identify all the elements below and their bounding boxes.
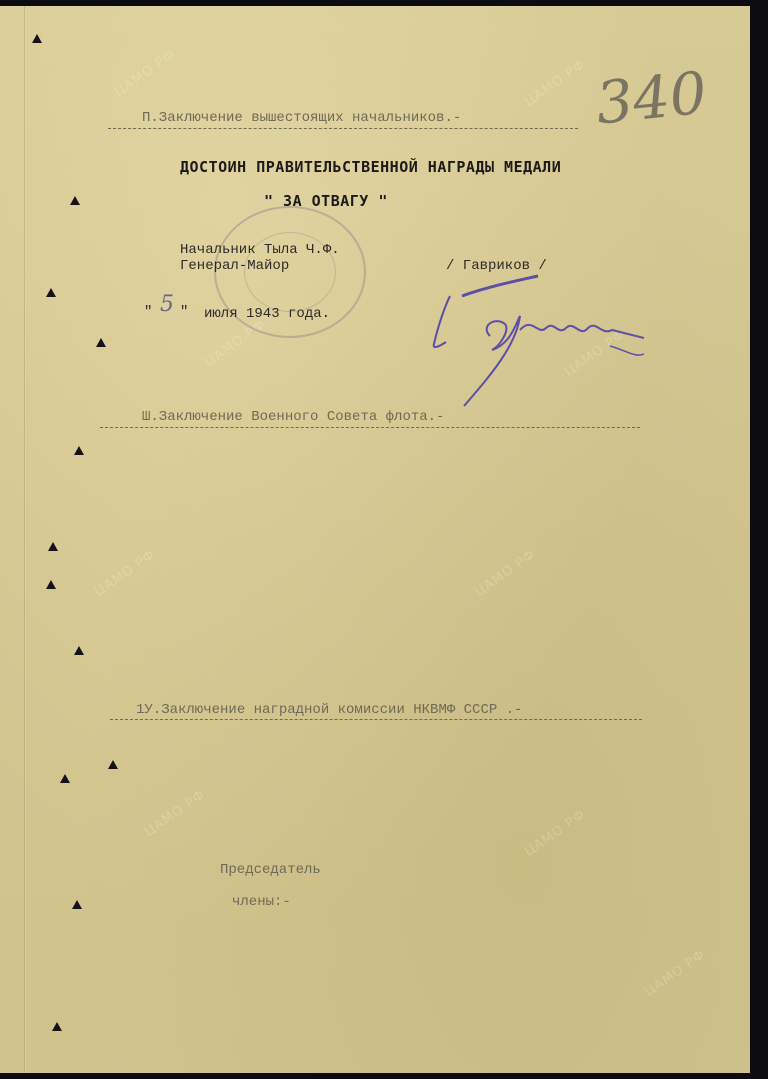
- binding-hole: [72, 900, 82, 909]
- section-2-heading: П.Заключение вышестоящих начальников.-: [142, 110, 461, 126]
- binding-hole: [96, 338, 106, 347]
- binding-hole: [46, 288, 56, 297]
- section-4-underline: [110, 719, 642, 720]
- section-3-underline: [100, 427, 640, 428]
- signer-title-1: Начальник Тыла Ч.Ф.: [180, 242, 340, 258]
- binding-hole: [48, 542, 58, 551]
- fold-line: [24, 6, 26, 1073]
- watermark: ЦАМО РФ: [642, 947, 708, 1000]
- binding-hole: [32, 34, 42, 43]
- watermark: ЦАМО РФ: [142, 787, 208, 840]
- watermark: ЦАМО РФ: [522, 807, 588, 860]
- watermark: ЦАМО РФ: [112, 47, 178, 100]
- section-2-underline: [108, 128, 578, 129]
- watermark: ЦАМО РФ: [522, 57, 588, 110]
- commission-members-label: члены:-: [232, 894, 291, 910]
- date-close-quote: ": [180, 304, 188, 320]
- binding-hole: [46, 580, 56, 589]
- binding-hole: [70, 196, 80, 205]
- document-page: ЦАМО РФ ЦАМО РФ ЦАМО РФ ЦАМО РФ ЦАМО РФ …: [0, 6, 750, 1073]
- binding-hole: [74, 446, 84, 455]
- section-4-heading: 1У.Заключение наградной комиссии НКВМФ С…: [136, 702, 522, 718]
- award-decision-line-1: ДОСТОИН ПРАВИТЕЛЬСТВЕННОЙ НАГРАДЫ МЕДАЛИ: [180, 158, 561, 176]
- date-day: 5: [160, 292, 174, 317]
- binding-hole: [108, 760, 118, 769]
- date-text: июля 1943 года.: [204, 306, 330, 322]
- archive-page-number: 340: [593, 58, 710, 137]
- signer-title-2: Генерал-Майор: [180, 258, 289, 274]
- section-3-heading: Ш.Заключение Военного Совета флота.-: [142, 409, 444, 425]
- binding-hole: [74, 646, 84, 655]
- commission-chair-label: Председатель: [220, 862, 321, 878]
- watermark: ЦАМО РФ: [92, 547, 158, 600]
- binding-hole: [60, 774, 70, 783]
- watermark: ЦАМО РФ: [472, 547, 538, 600]
- binding-hole: [52, 1022, 62, 1031]
- signature: [420, 266, 660, 416]
- date-open-quote: ": [144, 304, 152, 320]
